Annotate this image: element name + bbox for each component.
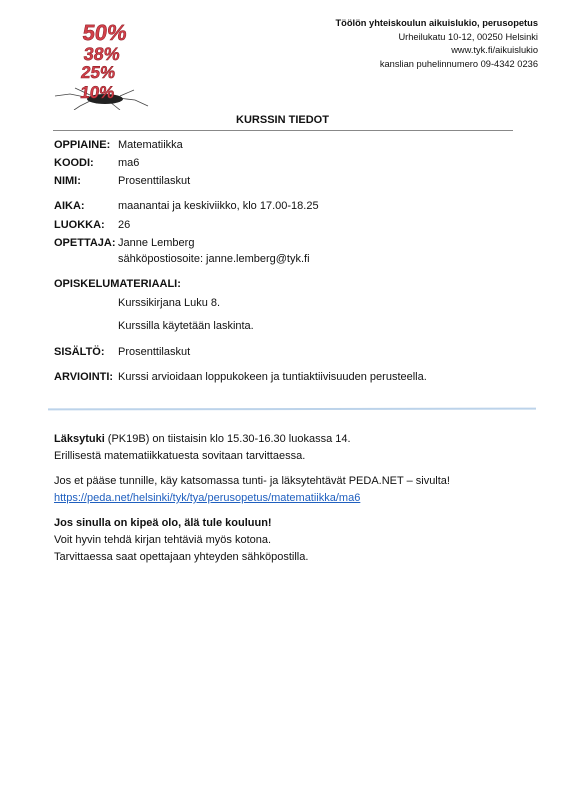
missed-line: Jos et pääse tunnille, käy katsomassa tu… (54, 475, 450, 487)
school-phone: kanslian puhelinnumero 09-4342 0236 (336, 58, 539, 72)
svg-text:10%: 10% (79, 83, 116, 102)
school-header: Töölön yhteiskoulun aikuislukio, perusop… (336, 17, 539, 71)
aika-value: maanantai ja keskiviikko, klo 17.00-18.2… (118, 200, 319, 212)
sisalto-label: SISÄLTÖ: (54, 346, 105, 358)
materiaali-item: Kurssilla käytetään laskinta. (118, 320, 254, 332)
luokka-value: 26 (118, 219, 130, 231)
oppiaine-value: Matematiikka (118, 139, 183, 151)
sick-line-1: Voit hyvin tehdä kirjan tehtäviä myös ko… (54, 534, 271, 546)
percent-sign-logo-icon: 50% 38% 25% 10% (30, 10, 150, 110)
materiaali-label: OPISKELUMATERIAALI: (54, 278, 181, 290)
laksytuki-rest: (PK19B) on tiistaisin klo 15.30-16.30 lu… (105, 433, 351, 445)
page-title: KURSSIN TIEDOT (0, 114, 565, 126)
opettaja-label: OPETTAJA: (54, 237, 116, 249)
nimi-value: Prosenttilaskut (118, 175, 190, 187)
svg-text:25%: 25% (80, 63, 117, 82)
materiaali-item: Kurssikirjana Luku 8. (118, 297, 220, 309)
peda-link-wrapper: https://peda.net/helsinki/tyk/tya/peruso… (54, 492, 360, 504)
sick-line-2: Tarvittaessa saat opettajaan yhteyden sä… (54, 551, 308, 563)
luokka-label: LUOKKA: (54, 219, 105, 231)
school-website[interactable]: www.tyk.fi/aikuislukio (336, 44, 539, 58)
laksytuki-line: Läksytuki (PK19B) on tiistaisin klo 15.3… (54, 433, 351, 445)
school-address: Urheilukatu 10-12, 00250 Helsinki (336, 31, 539, 45)
sick-warning: Jos sinulla on kipeä olo, älä tule koulu… (54, 517, 272, 529)
aika-label: AIKA: (54, 200, 85, 212)
peda-link[interactable]: https://peda.net/helsinki/tyk/tya/peruso… (54, 492, 360, 504)
opettaja-value: Janne Lemberg (118, 237, 194, 249)
oppiaine-label: OPPIAINE: (54, 139, 110, 151)
title-divider (53, 130, 513, 131)
tuki-line: Erillisestä matematiikkatuesta sovitaan … (54, 450, 305, 462)
koodi-value: ma6 (118, 157, 139, 169)
koodi-label: KOODI: (54, 157, 94, 169)
arviointi-value: Kurssi arvioidaan loppukokeen ja tuntiak… (118, 371, 427, 383)
opettaja-email: sähköpostiosoite: janne.lemberg@tyk.fi (118, 253, 310, 265)
section-divider (48, 408, 536, 411)
school-name: Töölön yhteiskoulun aikuislukio, perusop… (336, 17, 539, 31)
arviointi-label: ARVIOINTI: (54, 371, 113, 383)
laksytuki-bold: Läksytuki (54, 433, 105, 445)
nimi-label: NIMI: (54, 175, 81, 187)
svg-text:38%: 38% (82, 44, 121, 64)
svg-text:50%: 50% (81, 20, 129, 45)
sisalto-value: Prosenttilaskut (118, 346, 190, 358)
